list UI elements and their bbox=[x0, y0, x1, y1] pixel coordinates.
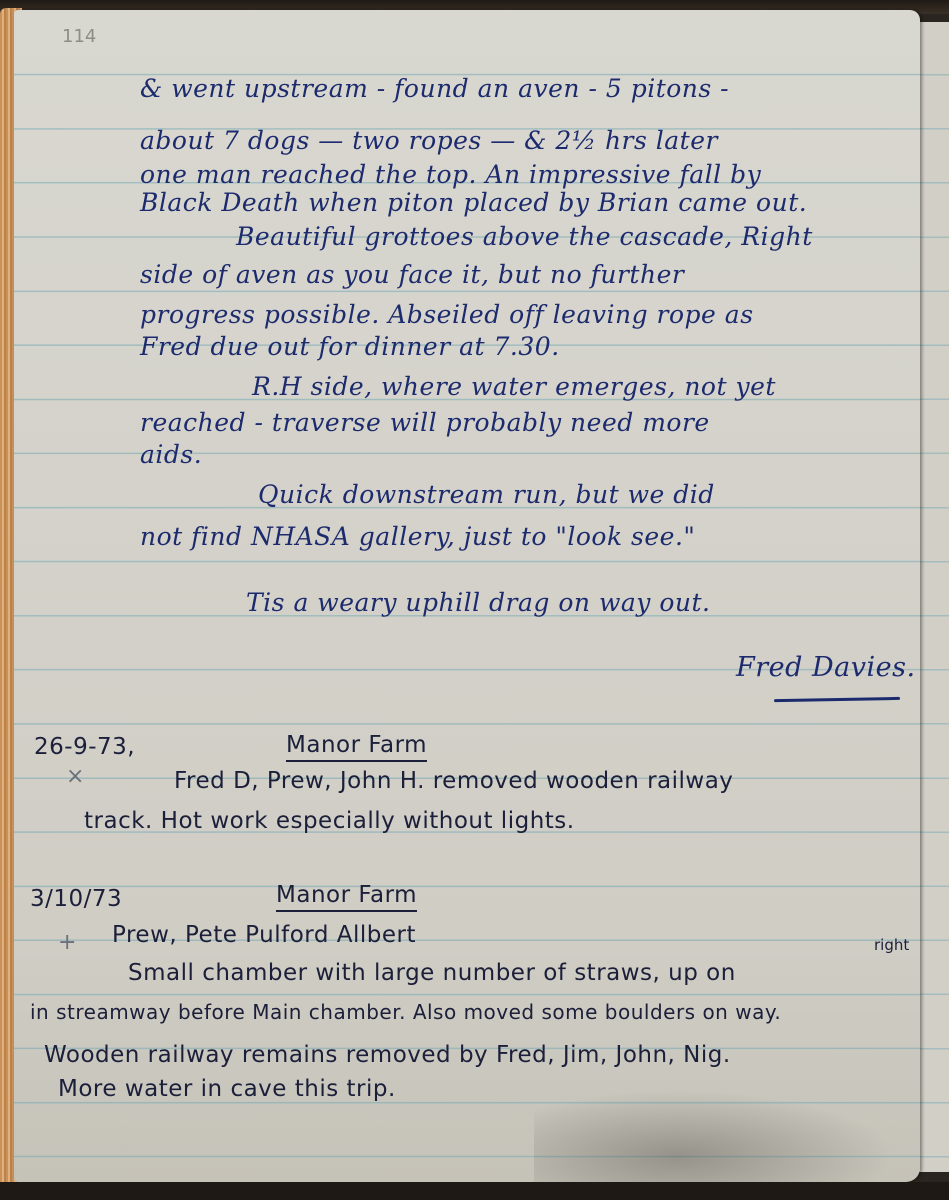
text-line: Wooden railway remains removed by Fred, … bbox=[44, 1042, 731, 1068]
next-page-edge bbox=[918, 22, 949, 1172]
signature: Fred Davies. bbox=[736, 652, 916, 683]
text-line: Quick downstream run, but we did bbox=[258, 480, 715, 509]
text-line: aids. bbox=[140, 440, 202, 469]
text-line: Fred due out for dinner at 7.30. bbox=[140, 332, 560, 361]
notebook-page: 114 & went upstream - found an aven - 5 … bbox=[14, 10, 920, 1182]
signature-underline bbox=[774, 697, 900, 702]
entry-location: Manor Farm bbox=[286, 732, 427, 762]
text-line: Beautiful grottoes above the cascade, Ri… bbox=[236, 222, 813, 251]
entry-mark: + bbox=[58, 930, 76, 955]
page-number: 114 bbox=[62, 26, 96, 47]
text-line: R.H side, where water emerges, not yet bbox=[252, 372, 776, 401]
text-line: Fred D, Prew, John H. removed wooden rai… bbox=[174, 768, 733, 794]
text-line: in streamway before Main chamber. Also m… bbox=[30, 1000, 781, 1024]
page-stain bbox=[534, 1090, 894, 1182]
text-line: progress possible. Abseiled off leaving … bbox=[140, 300, 754, 329]
entry-party: Prew, Pete Pulford Allbert bbox=[112, 922, 416, 948]
entry-mark: × bbox=[66, 764, 84, 789]
background-bottom bbox=[0, 1182, 949, 1200]
entry-date: 3/10/73 bbox=[30, 886, 122, 912]
text-line: about 7 dogs — two ropes — & 2½ hrs late… bbox=[140, 126, 718, 155]
text-line: reached - traverse will probably need mo… bbox=[140, 408, 710, 437]
text-line: not find NHASA gallery, just to "look se… bbox=[140, 522, 695, 551]
text-line: More water in cave this trip. bbox=[58, 1076, 396, 1102]
text-line: one man reached the top. An impressive f… bbox=[140, 160, 761, 189]
text-line: Black Death when piton placed by Brian c… bbox=[140, 188, 807, 217]
entry-date: 26-9-73, bbox=[34, 734, 135, 760]
text-line: track. Hot work especially without light… bbox=[84, 808, 575, 834]
text-line: side of aven as you face it, but no furt… bbox=[140, 260, 684, 289]
text-line: Small chamber with large number of straw… bbox=[128, 960, 736, 986]
insertion-note: right bbox=[874, 936, 909, 954]
text-line: Tis a weary uphill drag on way out. bbox=[246, 588, 711, 617]
entry-location: Manor Farm bbox=[276, 882, 417, 912]
text-line: & went upstream - found an aven - 5 pito… bbox=[140, 74, 729, 103]
